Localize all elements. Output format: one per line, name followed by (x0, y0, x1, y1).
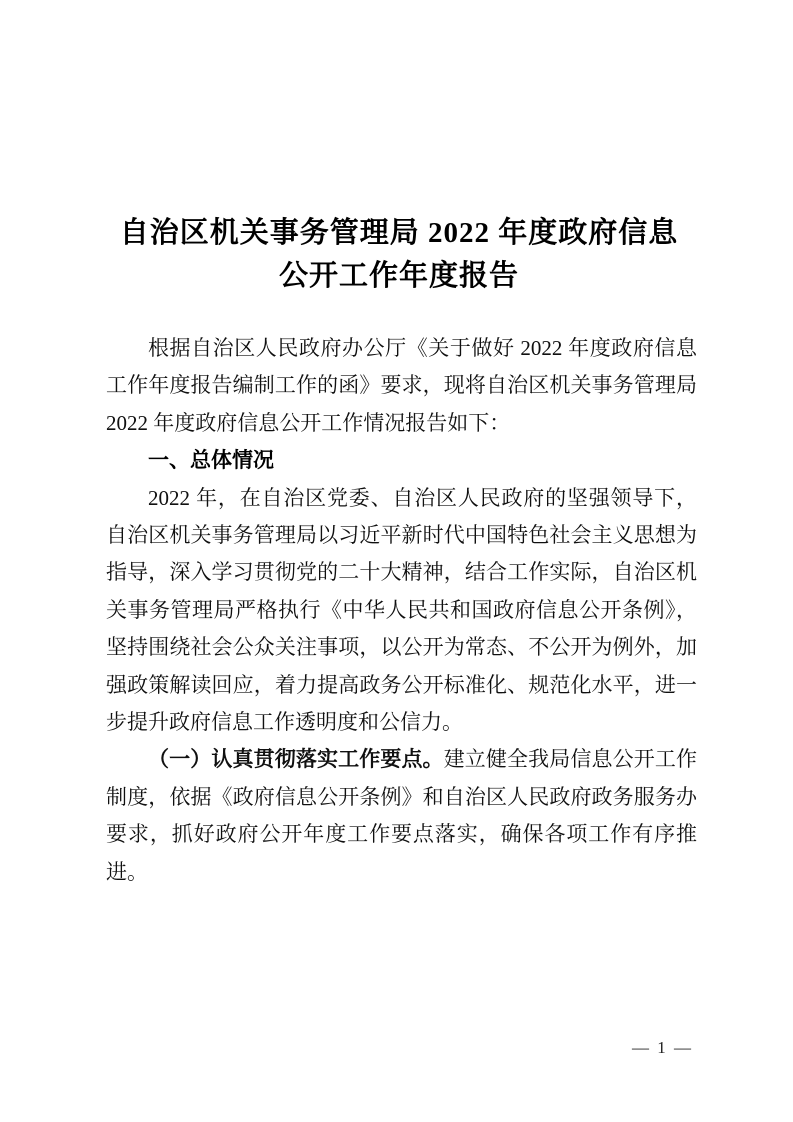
document-title: 自治区机关事务管理局 2022 年度政府信息 公开工作年度报告 (100, 212, 698, 298)
page-number: — 1 — (632, 1038, 693, 1058)
paragraph-intro: 根据自治区人民政府办公厅《关于做好 2022 年度政府信息工作年度报告编制工作的… (106, 330, 697, 442)
paragraph-overview: 2022 年，在自治区党委、自治区人民政府的坚强领导下，自治区机关事务管理局以习… (106, 480, 697, 742)
document-body: 根据自治区人民政府办公厅《关于做好 2022 年度政府信息工作年度报告编制工作的… (106, 330, 697, 891)
paragraph-work-point-1-lead: （一）认真贯彻落实工作要点。 (148, 747, 444, 771)
document-title-line-2: 公开工作年度报告 (100, 255, 698, 298)
document-page: 自治区机关事务管理局 2022 年度政府信息 公开工作年度报告 根据自治区人民政… (0, 0, 793, 1122)
document-title-line-1: 自治区机关事务管理局 2022 年度政府信息 (100, 212, 698, 255)
paragraph-work-point-1: （一）认真贯彻落实工作要点。建立健全我局信息公开工作制度，依据《政府信息公开条例… (106, 741, 697, 891)
section-heading-overall-situation: 一、总体情况 (106, 442, 697, 479)
